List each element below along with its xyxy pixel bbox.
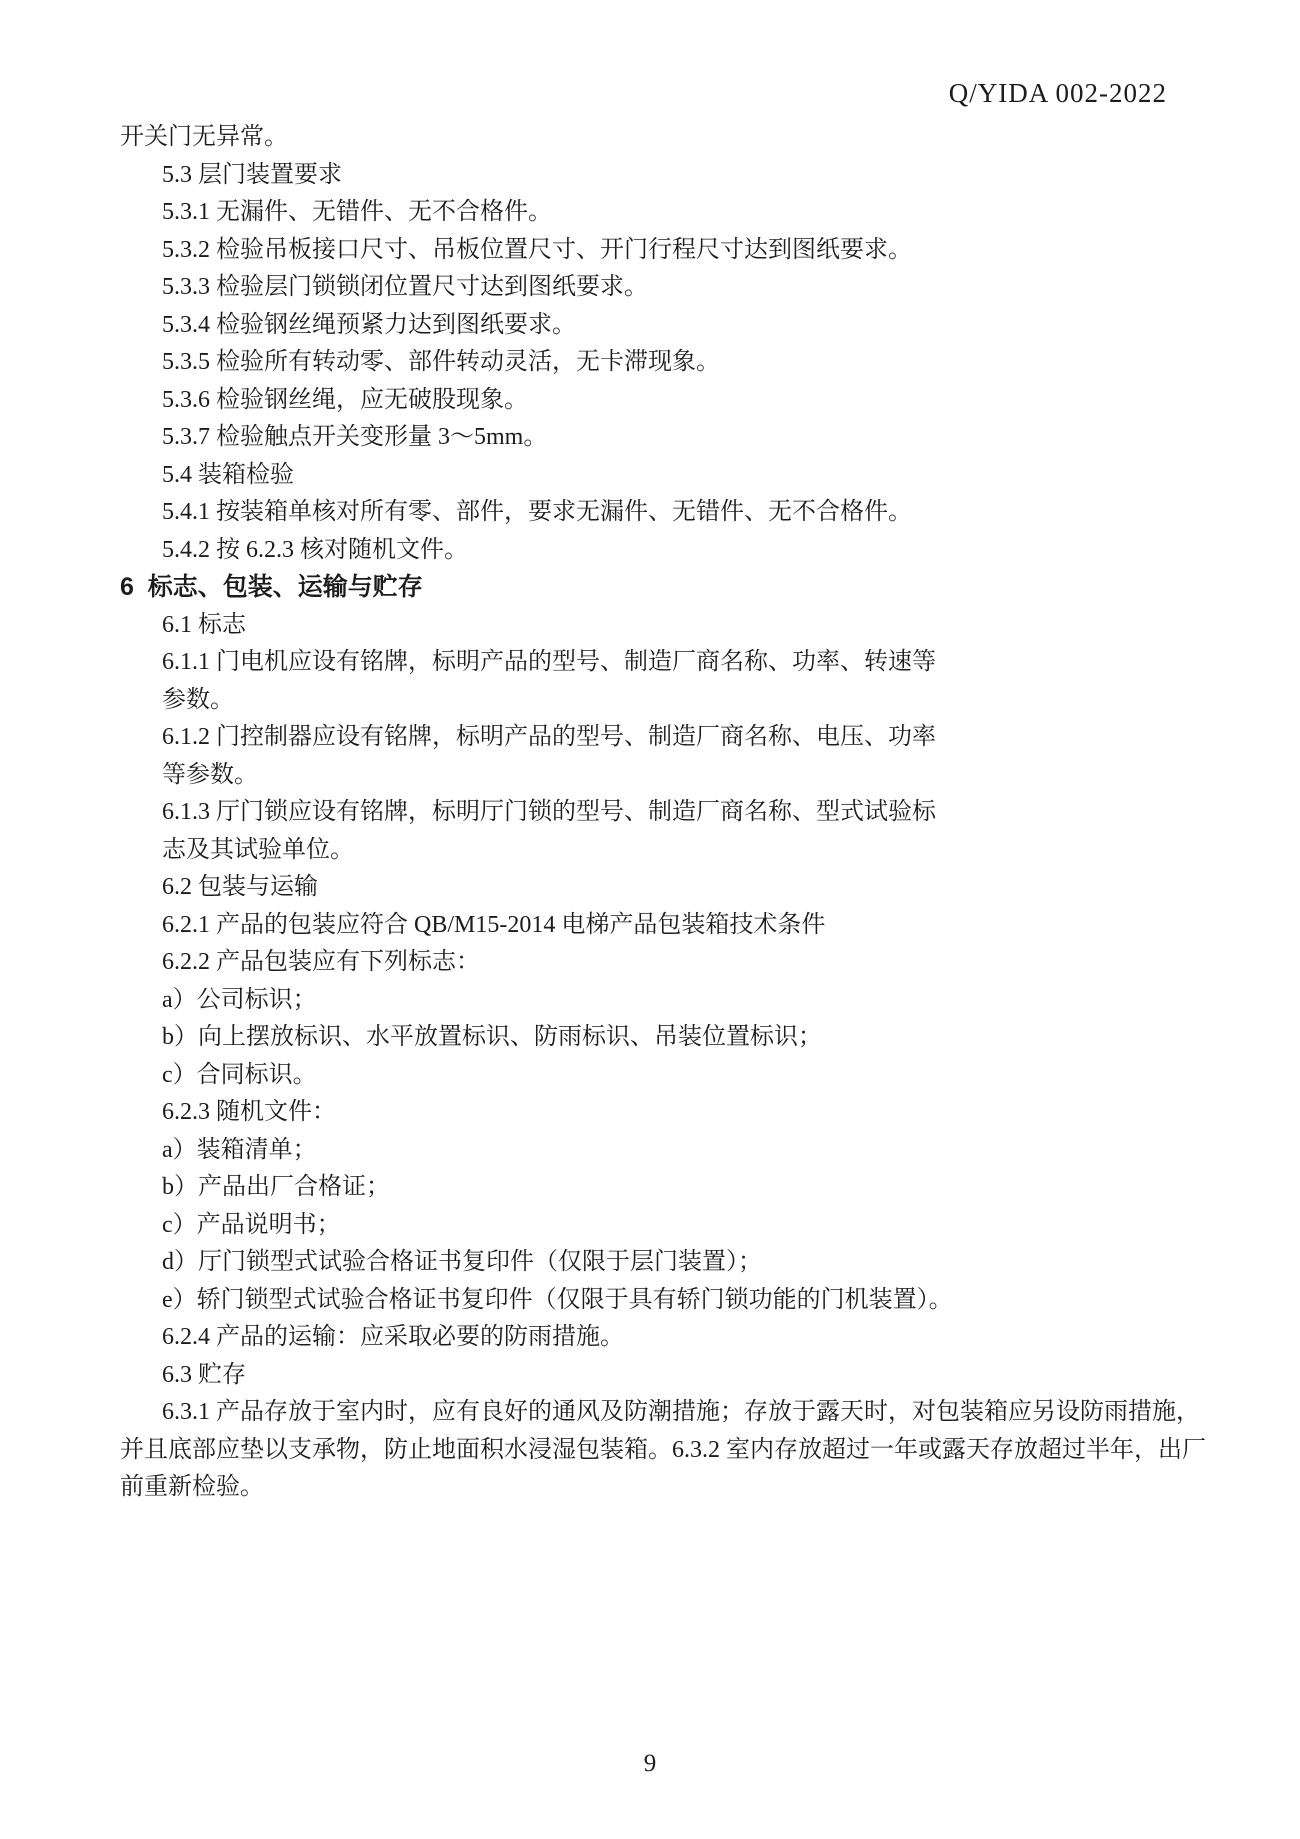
text-line: b）向上摆放标识、水平放置标识、防雨标识、吊装位置标识； (120, 1019, 1230, 1057)
document-body: 开关门无异常。5.3 层门装置要求5.3.1 无漏件、无错件、无不合格件。5.3… (120, 119, 1230, 1507)
text-line: b）产品出厂合格证； (120, 1169, 1230, 1207)
text-line: 6.2.1 产品的包装应符合 QB/M15-2014 电梯产品包装箱技术条件 (120, 907, 1230, 945)
text-line: 5.4 装箱检验 (120, 457, 1230, 495)
text-line: a）公司标识； (120, 982, 1230, 1020)
text-line: 6.3.1 产品存放于室内时，应有良好的通风及防潮措施；存放于露天时，对包装箱应… (120, 1394, 1230, 1432)
text-line: 志及其试验单位。 (120, 832, 1230, 870)
text-line: 6.2.3 随机文件： (120, 1094, 1230, 1132)
text-line: e）轿门锁型式试验合格证书复印件（仅限于具有轿门锁功能的门机装置）。 (120, 1282, 1230, 1320)
text-line: 5.4.1 按装箱单核对所有零、部件，要求无漏件、无错件、无不合格件。 (120, 494, 1230, 532)
text-line: 开关门无异常。 (120, 119, 1230, 157)
text-line: d）厅门锁型式试验合格证书复印件（仅限于层门装置）； (120, 1244, 1230, 1282)
text-line: 并且底部应垫以支承物，防止地面积水浸湿包装箱。6.3.2 室内存放超过一年或露天… (120, 1432, 1230, 1470)
text-line: 5.3.5 检验所有转动零、部件转动灵活，无卡滞现象。 (120, 344, 1230, 382)
text-line: 等参数。 (120, 757, 1230, 795)
text-line: 5.3.6 检验钢丝绳，应无破股现象。 (120, 382, 1230, 420)
section-heading: 6 标志、包装、运输与贮存 (120, 569, 1230, 607)
text-line: 5.4.2 按 6.2.3 核对随机文件。 (120, 532, 1230, 570)
text-line: 5.3.7 检验触点开关变形量 3～5mm。 (120, 419, 1230, 457)
text-line: 参数。 (120, 682, 1230, 720)
standard-number: Q/YIDA 002-2022 (949, 78, 1167, 109)
text-line: 6.1.3 厅门锁应设有铭牌，标明厅门锁的型号、制造厂商名称、型式试验标 (120, 794, 1230, 832)
text-line: 5.3.1 无漏件、无错件、无不合格件。 (120, 194, 1230, 232)
text-line: c）产品说明书； (120, 1207, 1230, 1245)
text-line: 5.3.3 检验层门锁锁闭位置尺寸达到图纸要求。 (120, 269, 1230, 307)
page-number: 9 (0, 1750, 1300, 1778)
text-line: 前重新检验。 (120, 1469, 1230, 1507)
text-line: 6.1 标志 (120, 607, 1230, 645)
document-page: Q/YIDA 002-2022 开关门无异常。5.3 层门装置要求5.3.1 无… (0, 0, 1300, 1839)
text-line: 5.3.2 检验吊板接口尺寸、吊板位置尺寸、开门行程尺寸达到图纸要求。 (120, 232, 1230, 270)
text-line: 6.2.2 产品包装应有下列标志： (120, 944, 1230, 982)
text-line: 6.3 贮存 (120, 1357, 1230, 1395)
text-line: 6.1.1 门电机应设有铭牌，标明产品的型号、制造厂商名称、功率、转速等 (120, 644, 1230, 682)
text-line: 5.3.4 检验钢丝绳预紧力达到图纸要求。 (120, 307, 1230, 345)
text-line: 6.2 包装与运输 (120, 869, 1230, 907)
text-line: 6.1.2 门控制器应设有铭牌，标明产品的型号、制造厂商名称、电压、功率 (120, 719, 1230, 757)
text-line: 5.3 层门装置要求 (120, 157, 1230, 195)
text-line: c）合同标识。 (120, 1057, 1230, 1095)
text-line: a）装箱清单； (120, 1132, 1230, 1170)
text-line: 6.2.4 产品的运输：应采取必要的防雨措施。 (120, 1319, 1230, 1357)
